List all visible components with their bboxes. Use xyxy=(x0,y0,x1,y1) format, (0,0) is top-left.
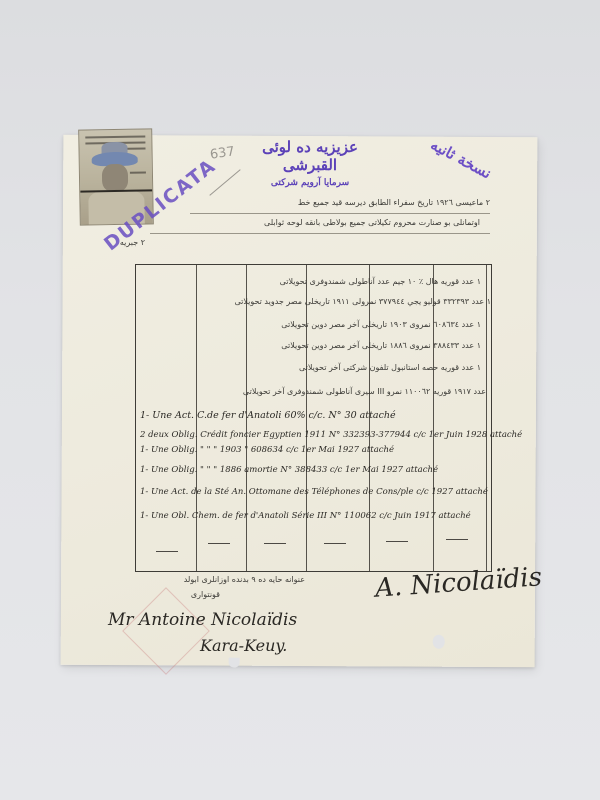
recipient-name: Mr Antoine Nicolaïdis xyxy=(108,610,297,630)
ruled-line xyxy=(150,233,490,234)
table-row: 1- Une Oblig. " " " 1886 amortie N° 3884… xyxy=(140,465,438,475)
header-stamp-line1: عزيزيه ده لوئى القبرشى xyxy=(240,138,380,174)
table-row: 1- Une Act. de la Sté An. Ottomane des T… xyxy=(140,487,488,497)
ottoman-table-line: ١ عدد قوريه حصه استانبول تلفون شركتى آخر… xyxy=(299,363,481,372)
company-header-stamp: عزيزيه ده لوئى القبرشى سرمايا آرويم شركت… xyxy=(240,138,380,188)
punch-hole xyxy=(229,658,240,668)
intro-line: ۲ جبريه xyxy=(105,238,145,247)
punch-hole xyxy=(433,635,445,649)
ottoman-table-line: ۱ عدد قوريه هال ٪ ١٠ جيم عدد آناطولى شمن… xyxy=(280,277,481,286)
table-row: 1- Une Oblig. " " " 1903 " 608634 c/c 1e… xyxy=(140,445,394,455)
ottoman-table-line: ١ عدد ٣٨٨٤٣٣ نمروى ١٨٨٦ تاريخلى آخر مصر … xyxy=(281,341,481,350)
header-stamp-line2: سرمايا آرويم شركتى xyxy=(240,178,380,188)
ottoman-table-line: ١ عدد ٦٠٨٦٣٤ نمروى ١٩٠٣ تاريخلى آخر مصر … xyxy=(281,320,481,329)
ottoman-table-line: ١ عدد ٣٣٢٣٩٣ قوليو يجي ٣٧٧٩٤٤ نمرولى ١٩١… xyxy=(234,297,491,306)
footer-ottoman-line: عنوانه حايه ده ٩ بدنده اوزانلرى ابولد xyxy=(105,575,305,584)
ruled-line xyxy=(190,213,490,214)
table-row: 2 deux Oblig. Crédit foncier Egyptien 19… xyxy=(140,430,522,440)
table-row: 1- Une Obl. Chem. de fer d'Anatoli Série… xyxy=(140,511,471,521)
ottoman-table-line: عدد ١٩١٧ قوريه ١١٠٠٦٢ نمرو III سيرى آناط… xyxy=(243,387,486,396)
table-row: 1- Une Act. C.de fer d'Anatoli 60% c/c. … xyxy=(140,410,396,421)
intro-line: ۲ ماعيسى ١٩٢٦ تاريخ سفراء الطابق ديرسه ق… xyxy=(190,198,490,207)
footer-ottoman-line: قونتوارى xyxy=(160,590,220,599)
securities-table: ۱ عدد قوريه هال ٪ ١٠ جيم عدد آناطولى شمن… xyxy=(135,264,492,572)
intro-line: اوتمانلى بو صنارت محروم تكيلاتى جميع بول… xyxy=(150,218,480,227)
recipient-address: Kara-Keuy. xyxy=(200,636,287,655)
